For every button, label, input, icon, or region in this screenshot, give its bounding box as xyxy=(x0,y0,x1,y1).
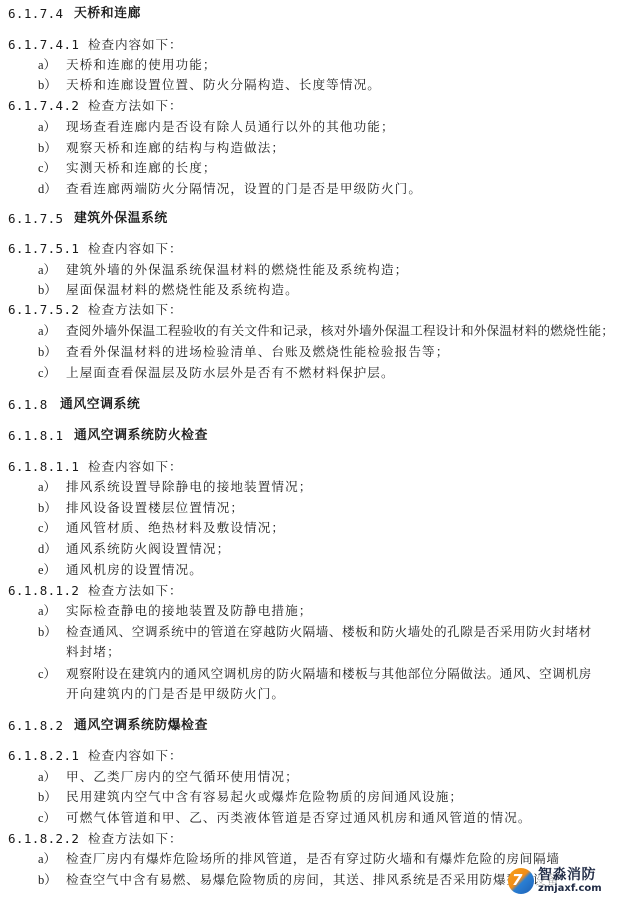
section-title: 天桥和连廊 xyxy=(74,6,141,22)
list-letter: d） xyxy=(38,541,57,557)
list-text: 通风机房的设置情况。 xyxy=(66,562,203,578)
list-letter: a） xyxy=(38,57,56,73)
section-number: 6.1.8.2 xyxy=(8,718,63,734)
section-title: 通风空调系统防火检查 xyxy=(74,428,208,444)
list-letter: b） xyxy=(38,282,57,298)
list-text: 实测天桥和连廊的长度； xyxy=(66,160,217,176)
clause-title: 检查方法如下： xyxy=(88,583,182,599)
list-letter: d） xyxy=(38,181,57,197)
clause-number: 6.1.8.2.2 xyxy=(8,831,79,847)
list-text: 检查厂房内有爆炸危险场所的排风管道，是否有穿过防火墙和有爆炸危险的房间隔墙 xyxy=(66,851,560,867)
list-text: 查看外保温材料的进场检验清单、台账及燃烧性能检验报告等； xyxy=(66,344,449,360)
list-letter: b） xyxy=(38,140,57,156)
clause-number: 6.1.8.2.1 xyxy=(8,748,79,764)
section-title: 通风空调系统 xyxy=(60,397,140,413)
clause-number: 6.1.8.1.1 xyxy=(8,459,79,475)
list-text: 通风管材质、绝热材料及敷设情况； xyxy=(66,520,285,536)
list-letter: b） xyxy=(38,789,57,805)
list-text: 甲、乙类厂房内的空气循环使用情况； xyxy=(66,769,299,785)
list-letter: e） xyxy=(38,562,56,578)
zmjaxf-logo-icon: 7 xyxy=(508,868,534,894)
list-letter: c） xyxy=(38,520,56,536)
list-text: 天桥和连廊设置位置、防火分隔构造、长度等情况。 xyxy=(66,77,381,93)
list-text: 上屋面查看保温层及防水层外是否有不燃材料保护层。 xyxy=(66,365,395,381)
list-letter: a） xyxy=(38,262,56,278)
clause-number: 6.1.7.5.2 xyxy=(8,302,79,318)
section-title: 建筑外保温系统 xyxy=(74,211,168,227)
clause-title: 检查方法如下： xyxy=(88,302,182,318)
section-number: 6.1.7.5 xyxy=(8,211,63,227)
list-letter: b） xyxy=(38,624,57,640)
list-letter: a） xyxy=(38,769,56,785)
watermark: 7 智淼消防 zmjaxf.com xyxy=(508,862,630,898)
section-number: 6.1.8 xyxy=(8,397,48,413)
list-text: 建筑外墙的外保温系统保温材料的燃烧性能及系统构造； xyxy=(66,262,408,278)
list-text: 查看连廊两端防火分隔情况，设置的门是否是甲级防火门。 xyxy=(66,181,422,197)
clause-title: 检查内容如下： xyxy=(88,459,182,475)
clause-title: 检查方法如下： xyxy=(88,831,182,847)
section-number: 6.1.7.4 xyxy=(8,6,63,22)
list-letter: a） xyxy=(38,603,56,619)
list-text: 检查空气中含有易燃、易爆危险物质的房间，其送、排风系统是否采用防爆型的设备 xyxy=(66,872,560,888)
list-letter: a） xyxy=(38,323,56,339)
list-text: 民用建筑内空气中含有容易起火或爆炸危险物质的房间通风设施； xyxy=(66,789,463,805)
clause-number: 6.1.7.4.2 xyxy=(8,98,79,114)
list-text-continuation: 料封堵； xyxy=(66,644,121,660)
list-text: 屋面保温材料的燃烧性能及系统构造。 xyxy=(66,282,299,298)
list-text: 排风设备设置楼层位置情况； xyxy=(66,500,244,516)
clause-title: 检查内容如下： xyxy=(88,37,182,53)
list-letter: b） xyxy=(38,872,57,888)
clause-title: 检查方法如下： xyxy=(88,98,182,114)
list-letter: a） xyxy=(38,119,56,135)
list-letter: c） xyxy=(38,666,56,682)
list-text: 观察天桥和连廊的结构与构造做法； xyxy=(66,140,285,156)
list-text: 可燃气体管道和甲、乙、丙类液体管道是否穿过通风机房和通风管道的情况。 xyxy=(66,810,532,826)
clause-title: 检查内容如下： xyxy=(88,748,182,764)
list-text: 观察附设在建筑内的通风空调机房的防火隔墙和楼板与其他部位分隔做法。通风、空调机房 xyxy=(66,666,592,682)
list-letter: a） xyxy=(38,851,56,867)
section-number: 6.1.8.1 xyxy=(8,428,63,444)
section-title: 通风空调系统防爆检查 xyxy=(74,718,208,734)
list-text: 检查通风、空调系统中的管道在穿越防火隔墙、楼板和防火墙处的孔隙是否采用防火封堵材 xyxy=(66,624,592,640)
list-text: 通风系统防火阀设置情况； xyxy=(66,541,230,557)
list-text: 天桥和连廊的使用功能； xyxy=(66,57,217,73)
clause-number: 6.1.7.4.1 xyxy=(8,37,79,53)
list-letter: b） xyxy=(38,344,57,360)
list-text: 查阅外墙外保温工程验收的有关文件和记录，核对外墙外保温工程设计和外保温材料的燃烧… xyxy=(66,323,614,339)
list-text: 现场查看连廊内是否设有除人员通行以外的其他功能； xyxy=(66,119,395,135)
list-text: 实际检查静电的接地装置及防静电措施； xyxy=(66,603,313,619)
clause-number: 6.1.7.5.1 xyxy=(8,241,79,257)
list-letter: b） xyxy=(38,77,57,93)
logo-glyph: 7 xyxy=(512,871,522,889)
clause-number: 6.1.8.1.2 xyxy=(8,583,79,599)
list-letter: c） xyxy=(38,810,56,826)
list-text-continuation: 开向建筑内的门是否是甲级防火门。 xyxy=(66,686,285,702)
list-letter: b） xyxy=(38,500,57,516)
list-text: 排风系统设置导除静电的接地装置情况； xyxy=(66,479,313,495)
watermark-domain: zmjaxf.com xyxy=(538,883,602,894)
list-letter: c） xyxy=(38,365,56,381)
clause-title: 检查内容如下： xyxy=(88,241,182,257)
list-letter: c） xyxy=(38,160,56,176)
watermark-name: 智淼消防 xyxy=(538,864,596,884)
list-letter: a） xyxy=(38,479,56,495)
